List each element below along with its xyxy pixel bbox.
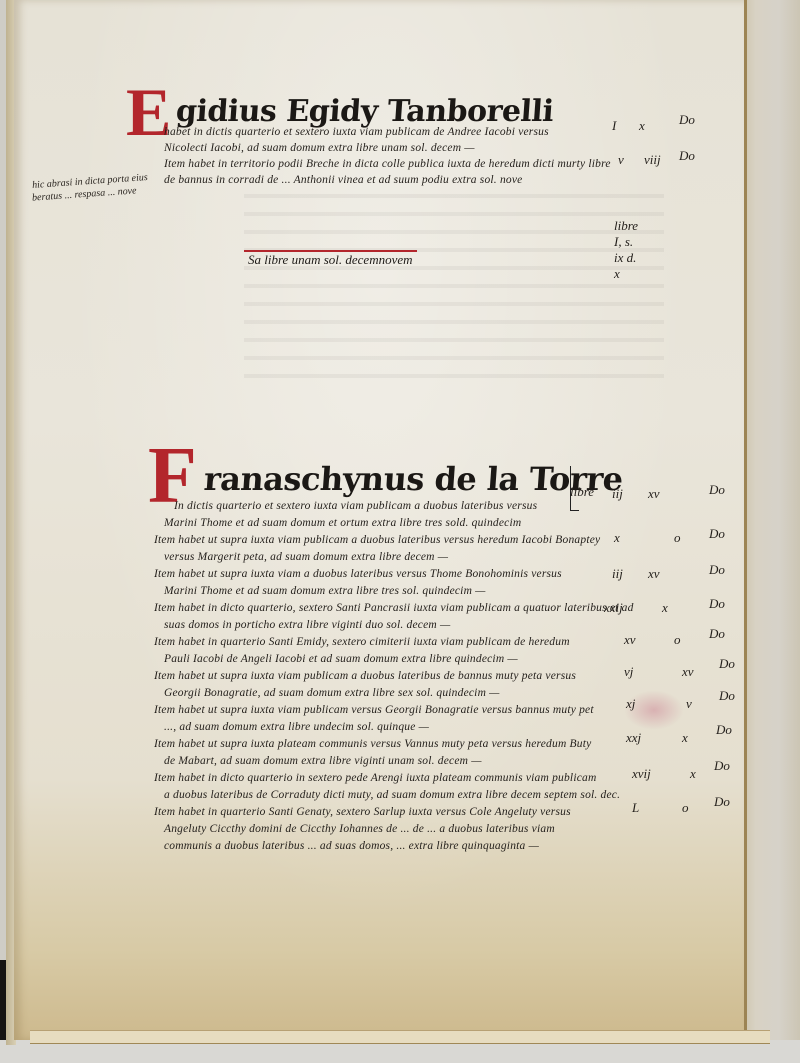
entry-line: Marini Thome et ad suam domum et ortum e… — [164, 517, 521, 529]
amount-sol: o — [674, 632, 681, 648]
entry-line: versus Margerit peta, ad suam domum extr… — [164, 551, 448, 563]
amount-sol: x — [662, 600, 668, 616]
entry-line: Item habet ut supra iuxta viam publicam … — [154, 534, 600, 546]
entry-line: habet in dictis quarterio et sextero iux… — [164, 126, 549, 138]
amount-libre: iij — [612, 486, 623, 502]
amount-sol: o — [674, 530, 681, 546]
entry-line: de bannus in corradi de ... Anthonii vin… — [164, 174, 522, 186]
entry-line: Item habet ut supra iuxta viam publicam … — [154, 704, 594, 716]
amount-libre: xv — [624, 632, 636, 648]
show-through-text — [244, 180, 664, 380]
amount-libre: xvij — [632, 766, 651, 782]
amount-den: Do — [716, 722, 732, 738]
entry-line: Item habet ut supra iuxta viam publicam … — [154, 670, 576, 682]
amount-libre: L — [632, 800, 639, 816]
entry-heading: ranaschynus de la Torre — [203, 460, 624, 498]
amount-libre: iij — [612, 566, 623, 582]
folded-page-edge — [30, 1030, 770, 1044]
entry-line: Item habet in quarterio Santi Genaty, se… — [154, 806, 571, 818]
amount-sol: xv — [648, 486, 660, 502]
amount-libre: xxij — [604, 600, 623, 616]
entry-total: libre I, s. ix d. x — [614, 218, 638, 282]
amount-den: Do — [709, 596, 725, 612]
amount-den: Do — [709, 482, 725, 498]
amount-den: Do — [709, 626, 725, 642]
entry-line: Item habet in quarterio Santi Emidy, sex… — [154, 636, 570, 648]
manuscript-page: E gidius Egidy Tanborelli habet in dicti… — [14, 0, 747, 1040]
amount-sol: o — [682, 800, 689, 816]
amount-sol: xv — [682, 664, 694, 680]
entry-line: Item habet in territorio podii Breche in… — [164, 158, 611, 170]
amount-den: Do — [714, 794, 730, 810]
amount-sol: xv — [648, 566, 660, 582]
amount-sol: viij — [644, 152, 661, 168]
amount-den: Do — [709, 526, 725, 542]
entry-line: ..., ad suam domum extra libre undecim s… — [164, 721, 429, 733]
entry-line: Marini Thome et ad suam domum extra libr… — [164, 585, 486, 597]
amount-libre: v — [618, 152, 624, 168]
entry-line: communis a duobus lateribus ... ad suas … — [164, 840, 539, 852]
amount-libre: vj — [624, 664, 633, 680]
entry-line: In dictis quarterio et sextero iuxta via… — [174, 500, 537, 512]
adjacent-page-edge — [742, 0, 800, 1040]
entry-line: suas domos in porticho extra libre vigin… — [164, 619, 450, 631]
amount-libre: x — [614, 530, 620, 546]
entry-line: Georgii Bonagratie, ad suam domum extra … — [164, 687, 500, 699]
amount-den: Do — [679, 148, 695, 164]
entry-line: de Mabart, ad suam domum extra libre vig… — [164, 755, 482, 767]
entry-line: Pauli Iacobi de Angeli Iacobi et ad suam… — [164, 653, 518, 665]
entry-line: Item habet ut supra iuxta plateam commun… — [154, 738, 591, 750]
entry-line: Item habet ut supra iuxta viam a duobus … — [154, 568, 562, 580]
amount-sol: x — [682, 730, 688, 746]
amount-den: Do — [719, 656, 735, 672]
amount-den: Do — [679, 112, 695, 128]
amount-den: Do — [714, 758, 730, 774]
entry-line: a duobus lateribus de Corraduty dicti mu… — [164, 789, 620, 801]
entry-line: Angeluty Ciccthy domini de Ciccthy Iohan… — [164, 823, 555, 835]
amount-libre: xxj — [626, 730, 641, 746]
rubric-summa: Sa libre unam sol. decemnovem — [244, 250, 417, 268]
amount-den: Do — [719, 688, 735, 704]
entry-line: Item habet in dicto quarterio in sextero… — [154, 772, 596, 784]
entry-line: Item habet in dicto quarterio, sextero S… — [154, 602, 634, 614]
entry-line: Nicolecti Iacobi, ad suam domum extra li… — [164, 142, 475, 154]
entry-heading: gidius Egidy Tanborelli — [175, 94, 555, 129]
amount-den: Do — [709, 562, 725, 578]
margin-tag: libre — [570, 484, 594, 500]
amount-sol: x — [639, 118, 645, 134]
amount-libre: xj — [626, 696, 635, 712]
amount-sol: x — [690, 766, 696, 782]
amount-libre: I — [612, 118, 616, 134]
amount-sol: v — [686, 696, 692, 712]
